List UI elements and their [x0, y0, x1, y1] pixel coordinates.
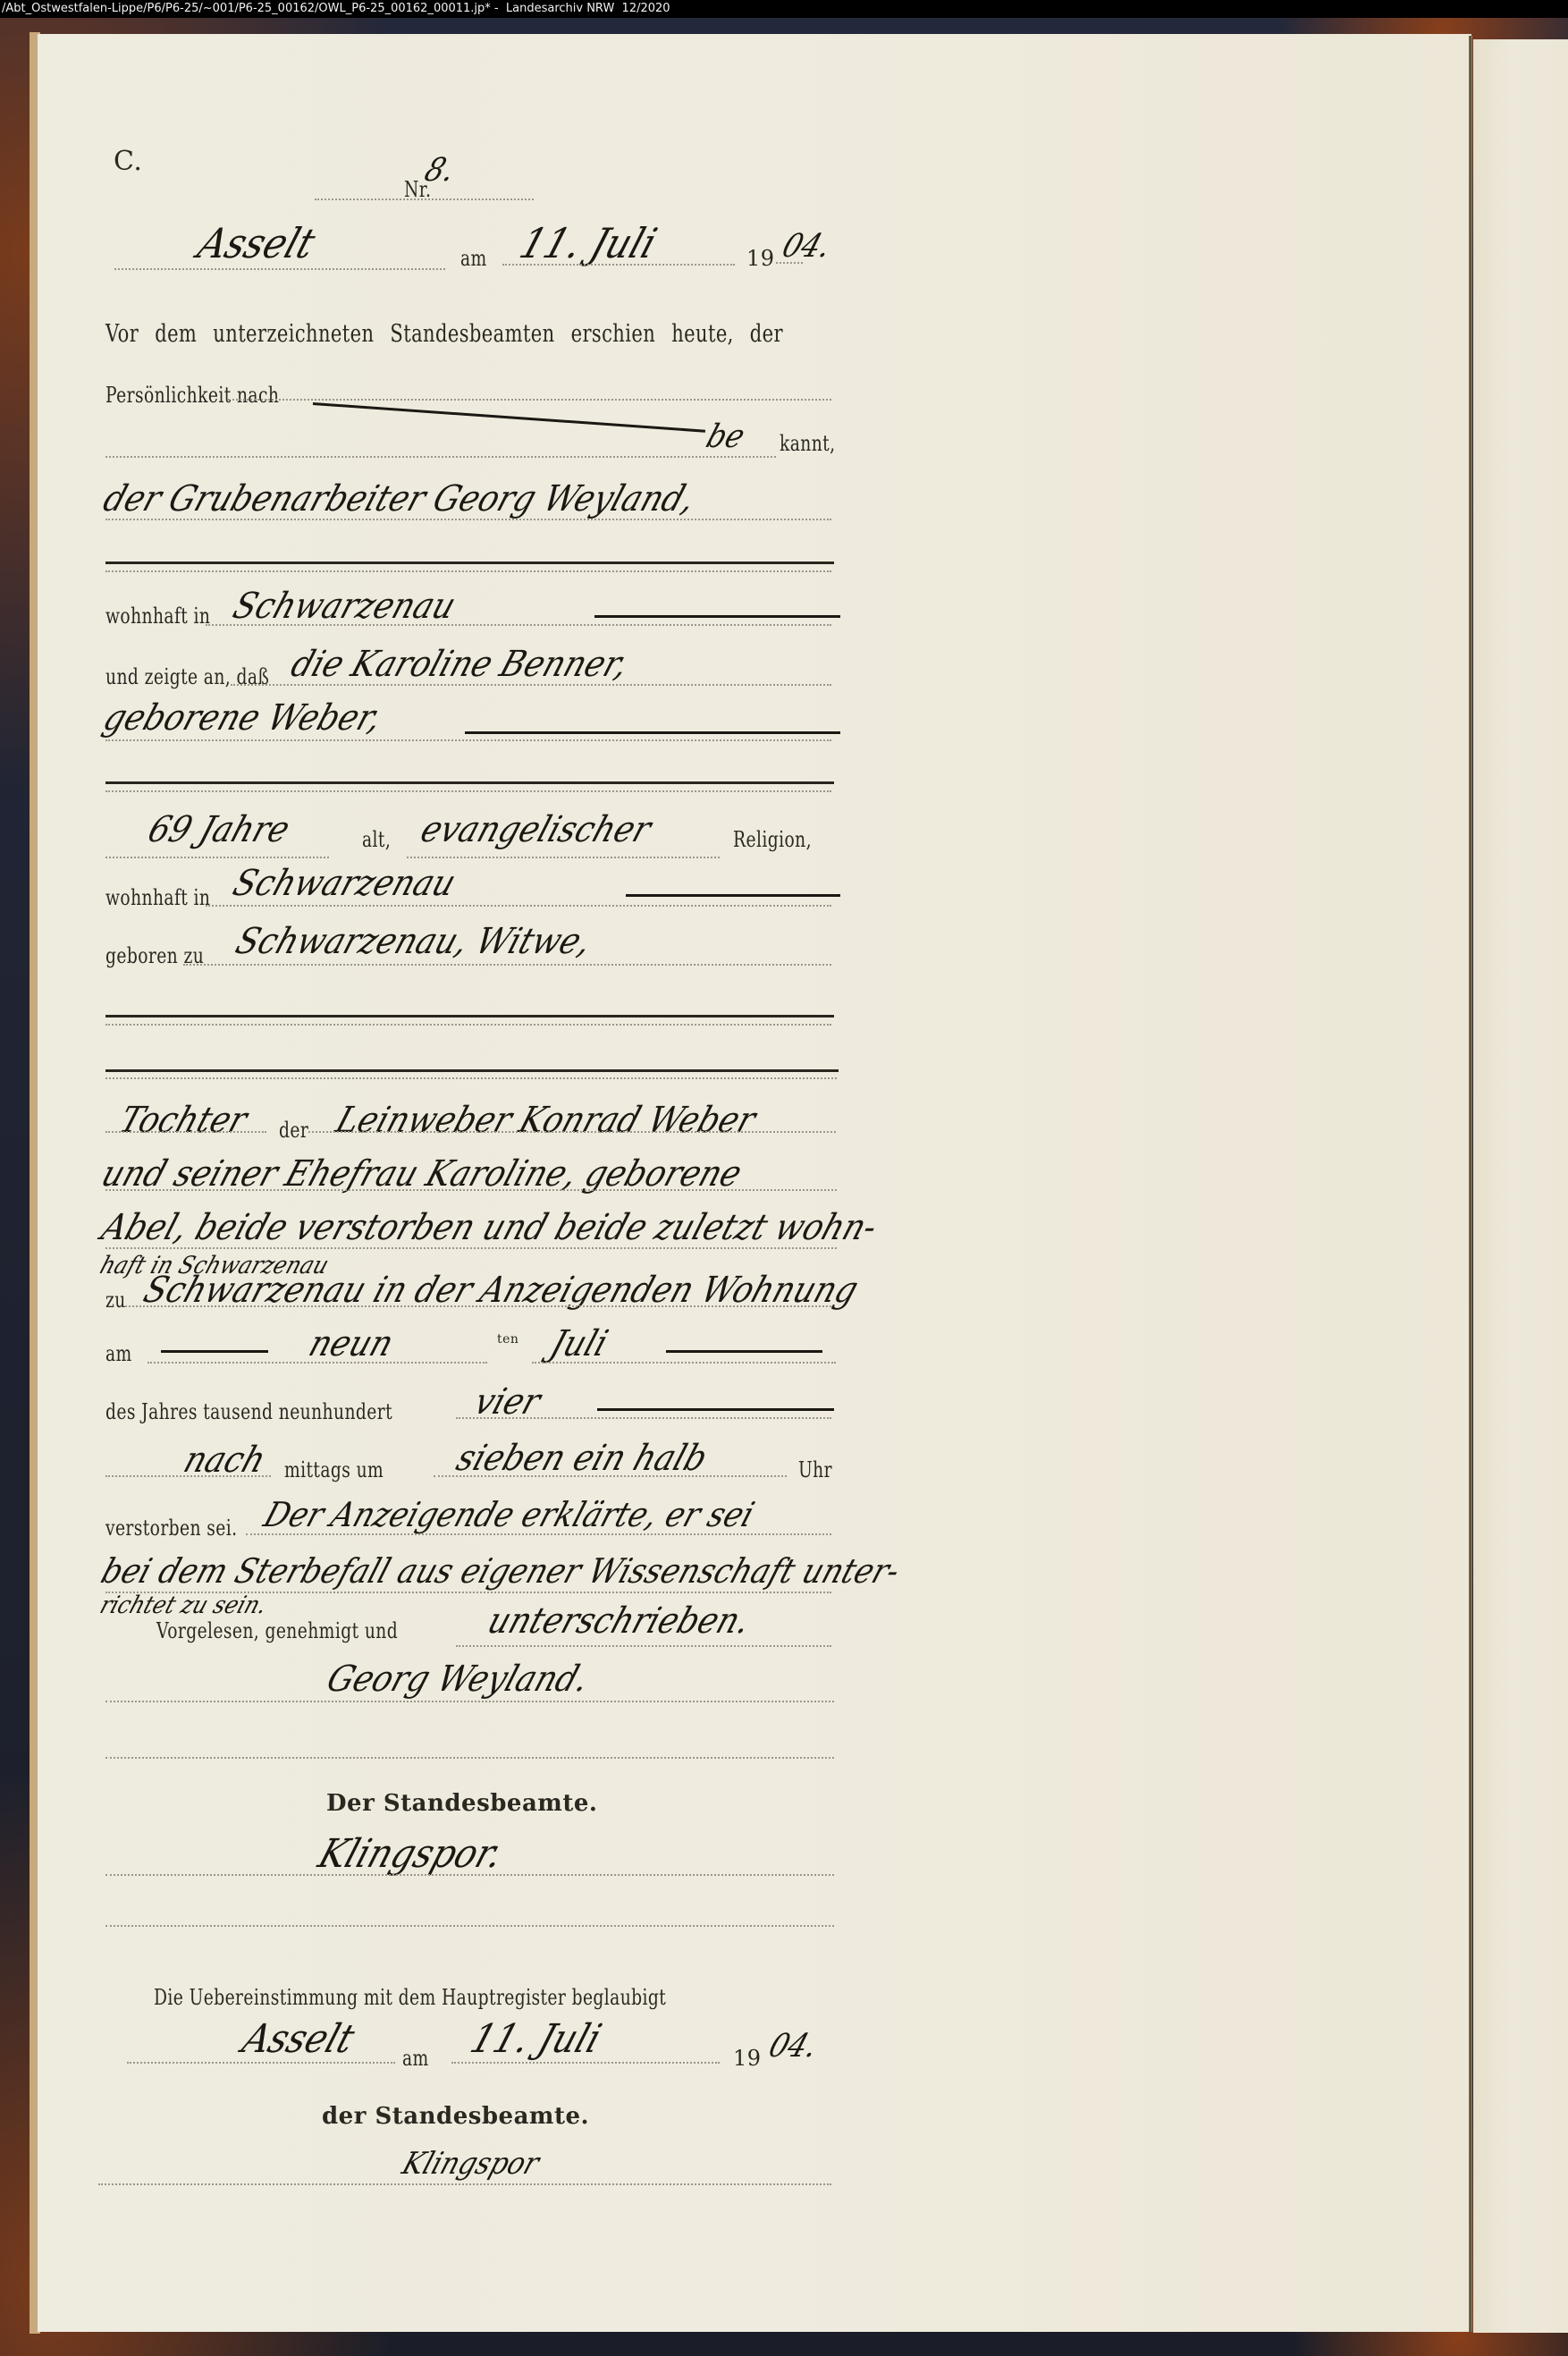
death-day: neun — [304, 1323, 399, 1364]
parents-line-3: Abel, beide verstorben und beide zuletzt… — [97, 1207, 882, 1248]
religion-line — [407, 857, 720, 858]
deceased-residence: Schwarzenau — [228, 863, 461, 904]
read-approved: unterschrieben. — [483, 1600, 755, 1642]
time-rule — [434, 1475, 787, 1477]
death-month: Juli — [545, 1323, 613, 1364]
birthplace: Schwarzenau, Witwe, — [231, 921, 596, 962]
blank-line — [105, 790, 831, 792]
certification-place-rule — [127, 2062, 395, 2064]
header-date: 11. Juli — [514, 219, 662, 267]
read-label: Vorgelesen, genehmigt und — [156, 1618, 398, 1643]
year-rule — [456, 1417, 831, 1419]
deceased-line-2-rule — [105, 739, 831, 741]
known-label: kannt, — [780, 431, 835, 456]
registrar-signature-line — [105, 1874, 834, 1876]
died-label: verstorben sei. — [105, 1516, 237, 1541]
blank-line — [105, 1757, 834, 1759]
fill-line — [666, 1350, 822, 1353]
day-suffix: ten — [497, 1332, 518, 1347]
informant-line — [105, 519, 831, 520]
deceased-residence-rule — [206, 905, 831, 907]
parents-line-1: Leinweber Konrad Weber — [331, 1100, 761, 1141]
section-rule — [105, 781, 834, 784]
year-suffix: 04. — [778, 228, 836, 265]
parents-line-2-rule — [105, 1189, 837, 1191]
deceased-line-1-rule — [231, 684, 831, 686]
certification-date-rule — [451, 2062, 720, 2064]
age: 69 Jahre — [143, 809, 295, 850]
year-label: des Jahres tausend neunhundert — [105, 1399, 392, 1424]
intro-line-1: Vor dem unterzeichneten Standesbeamten e… — [105, 320, 783, 348]
time-prefix-rule — [105, 1475, 271, 1477]
relationship-line — [105, 1131, 266, 1133]
time-label: mittags um — [284, 1457, 384, 1482]
residence-line — [206, 624, 831, 626]
known-line — [105, 456, 776, 458]
informant-name: der Grubenarbeiter Georg Weyland, — [98, 478, 700, 519]
acquaintance-line — [228, 399, 831, 401]
death-register-form: C. Nr. 8. Asselt am 11. Juli 19 04. Vor … — [0, 0, 1568, 2356]
certification-year-suffix: 04. — [764, 2028, 822, 2065]
header-am-label: am — [460, 246, 487, 271]
informant-signature-line — [105, 1701, 834, 1702]
certification-year-prefix: 19 — [733, 2046, 762, 2071]
parents-line-3-rule — [105, 1247, 837, 1249]
death-time: sieben ein halb — [451, 1438, 712, 1479]
fill-line — [594, 615, 840, 618]
day-rule — [148, 1362, 487, 1364]
record-number: 8. — [420, 152, 459, 189]
year-line — [776, 262, 803, 264]
parents-line-1-rule — [308, 1131, 836, 1133]
fill-line — [597, 1408, 834, 1411]
deceased-line-2: geborene Weber, — [98, 697, 387, 739]
place-line — [114, 268, 445, 270]
certification-signature: Klingspor — [398, 2146, 544, 2182]
informant-residence-label: wohnhaft in — [105, 604, 210, 629]
deceased-residence-label: wohnhaft in — [105, 885, 210, 910]
blank-line — [105, 1077, 837, 1079]
blank-line — [105, 1024, 831, 1026]
intro-line-2: Persönlichkeit nach — [105, 383, 279, 408]
time-unit: Uhr — [798, 1457, 832, 1482]
form-letter: C. — [114, 146, 142, 177]
section-rule — [105, 562, 834, 564]
age-label: alt, — [362, 827, 391, 852]
remark-line-1-rule — [246, 1533, 831, 1535]
registrar-heading: Der Standesbeamte. — [326, 1790, 597, 1817]
read-rule — [456, 1645, 831, 1647]
certification-signature-line — [98, 2183, 831, 2185]
place-of-death-label: zu — [105, 1288, 126, 1313]
blank-line — [105, 570, 831, 572]
month-rule — [532, 1362, 836, 1364]
certification-place: Asselt — [237, 2016, 360, 2062]
number-field-line — [315, 198, 534, 200]
certification-line: Die Uebereinstimmung mit dem Hauptregist… — [154, 1985, 666, 2010]
religion: evangelischer — [416, 809, 656, 850]
place-of-death-rule — [125, 1305, 831, 1307]
religion-label: Religion, — [733, 827, 812, 852]
known-prefix: be — [702, 418, 749, 455]
deceased-line-1: die Karoline Benner, — [286, 644, 634, 685]
remark-line-3: richtet zu sein. — [97, 1592, 271, 1619]
certification-date: 11. Juli — [465, 2016, 607, 2062]
day-label: am — [105, 1341, 132, 1366]
age-line — [105, 857, 329, 858]
remark-line-1: Der Anzeigende erklärte, er sei — [259, 1495, 759, 1534]
year-prefix: 19 — [746, 246, 775, 271]
section-rule — [105, 1015, 834, 1018]
informant-signature: Georg Weyland. — [322, 1659, 594, 1700]
blank-line — [105, 1925, 834, 1927]
header-place: Asselt — [192, 219, 321, 267]
strike-line — [313, 402, 705, 433]
relationship: Tochter — [114, 1100, 252, 1141]
certification-heading: der Standesbeamte. — [322, 2103, 589, 2130]
fill-line — [161, 1350, 268, 1353]
section-rule — [105, 1069, 839, 1072]
certification-am-label: am — [402, 2046, 429, 2071]
parents-label: der — [279, 1118, 308, 1143]
informant-residence: Schwarzenau — [228, 586, 461, 627]
fill-line — [626, 894, 840, 897]
registrar-signature: Klingspor. — [313, 1831, 509, 1877]
date-line — [502, 264, 735, 266]
fill-line — [465, 731, 840, 734]
birthplace-rule — [183, 964, 831, 966]
remark-line-2: bei dem Sterbefall aus eigener Wissensch… — [97, 1551, 905, 1591]
